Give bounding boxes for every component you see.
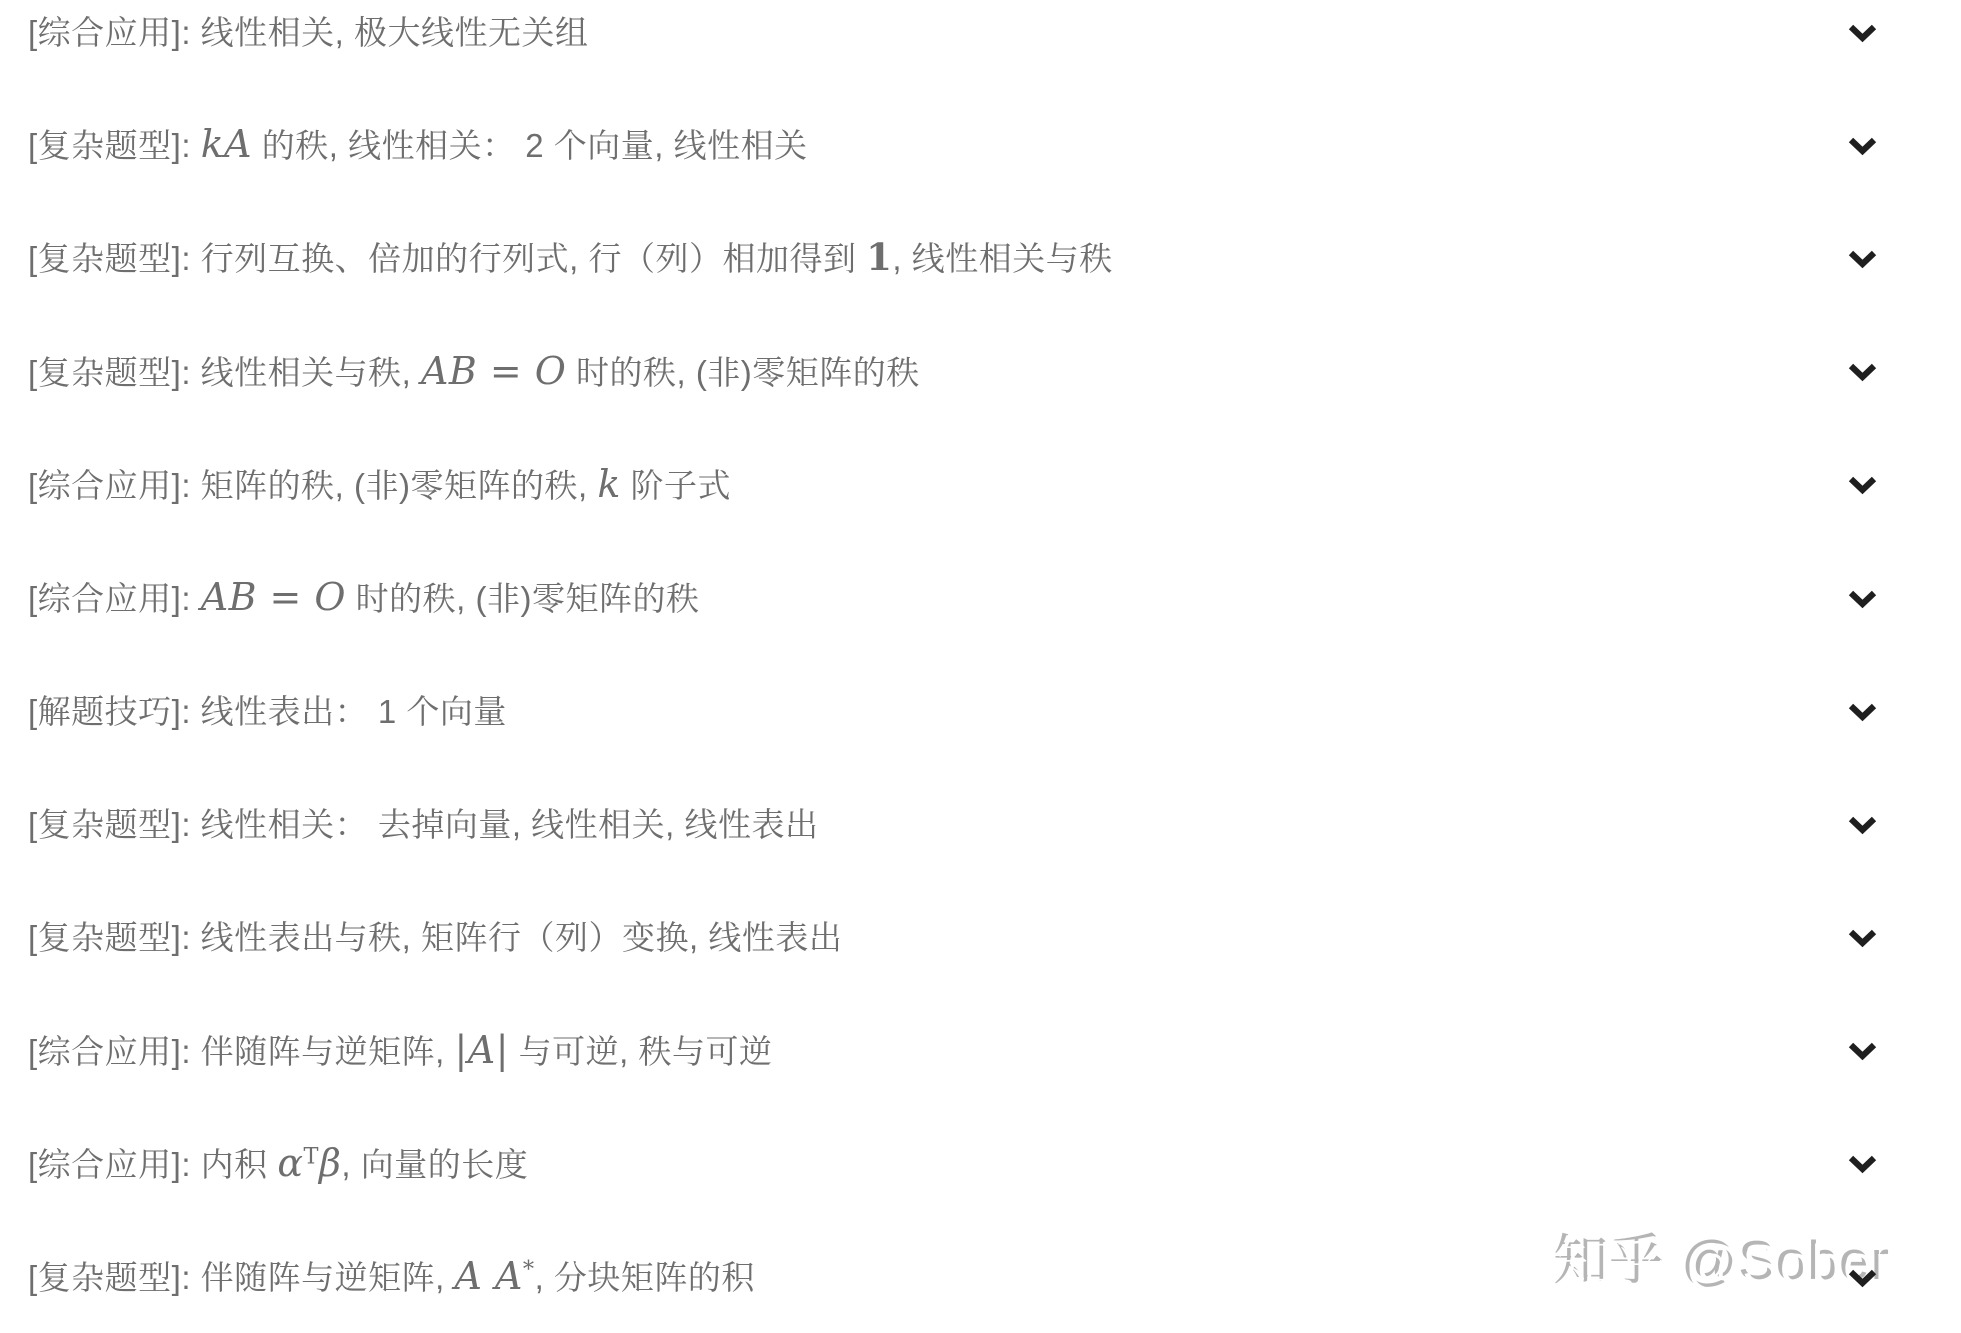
- list-item-text-segment: [复杂题型]: 伴随阵与逆矩阵,: [28, 1259, 455, 1296]
- list-item-text-segment: [综合应用]: 内积: [28, 1146, 277, 1183]
- list-item-text-segment: 时的秩, (非)零矩阵的秩: [346, 580, 699, 617]
- chevron-down-icon[interactable]: [1847, 1267, 1878, 1289]
- list-item-text-segment: [综合应用]: 伴随阵与逆矩阵,: [28, 1033, 455, 1070]
- list-item-text-segment: 的秩, 线性相关： 2 个向量, 线性相关: [252, 127, 808, 164]
- list-item-text-segment: [复杂题型]:: [28, 127, 201, 164]
- list-item-text-segment: 时的秩, (非)零矩阵的秩: [566, 354, 919, 391]
- list-item[interactable]: [复杂题型]: 线性相关： 去掉向量, 线性相关, 线性表出: [0, 768, 1961, 881]
- page: 知乎 @Sober [综合应用]: 线性相关, 极大线性无关组 [复杂题型]: …: [0, 0, 1961, 1333]
- list-item[interactable]: [复杂题型]: 行列互换、倍加的行列式, 行（列）相加得到 1, 线性相关与秩: [0, 202, 1961, 315]
- topic-list: [综合应用]: 线性相关, 极大线性无关组 [复杂题型]: kA 的秩, 线性相…: [0, 0, 1961, 1333]
- list-item-text-segment: [复杂题型]: 线性相关与秩,: [28, 354, 421, 391]
- list-item-label: [复杂题型]: kA 的秩, 线性相关： 2 个向量, 线性相关: [28, 125, 808, 166]
- list-item-text-segment: [复杂题型]: 线性表出与秩, 矩阵行（列）变换, 线性表出: [28, 919, 842, 956]
- list-item[interactable]: [解题技巧]: 线性表出： 1 个向量: [0, 655, 1961, 768]
- list-item-text-segment: , 分块矩阵的积: [535, 1259, 755, 1296]
- chevron-down-icon[interactable]: [1847, 22, 1878, 44]
- list-item-text-segment: 阶子式: [621, 467, 731, 504]
- chevron-down-icon[interactable]: [1847, 1153, 1878, 1175]
- list-item-text-segment: [综合应用]: 线性相关, 极大线性无关组: [28, 14, 589, 51]
- list-item-text-segment: 与可逆, 秩与可逆: [509, 1033, 773, 1070]
- list-item-text-segment: T: [303, 1144, 318, 1170]
- list-item[interactable]: [综合应用]: 矩阵的秩, (非)零矩阵的秩, k 阶子式: [0, 429, 1961, 542]
- list-item-label: [复杂题型]: 伴随阵与逆矩阵, A A*, 分块矩阵的积: [28, 1257, 755, 1298]
- list-item-label: [综合应用]: 线性相关, 极大线性无关组: [28, 12, 589, 53]
- list-item[interactable]: [综合应用]: 伴随阵与逆矩阵, |A| 与可逆, 秩与可逆: [0, 995, 1961, 1108]
- list-item[interactable]: [综合应用]: AB = O 时的秩, (非)零矩阵的秩: [0, 542, 1961, 655]
- chevron-down-icon[interactable]: [1847, 927, 1878, 949]
- list-item[interactable]: [复杂题型]: 伴随阵与逆矩阵, A A*, 分块矩阵的积: [0, 1221, 1961, 1333]
- list-item-text-segment: |A|: [455, 1028, 509, 1072]
- chevron-down-icon[interactable]: [1847, 248, 1878, 270]
- chevron-down-icon[interactable]: [1847, 361, 1878, 383]
- list-item-text-segment: AB = O: [421, 349, 566, 393]
- chevron-down-icon[interactable]: [1847, 135, 1878, 157]
- list-item-label: [复杂题型]: 线性相关： 去掉向量, 线性相关, 线性表出: [28, 804, 819, 845]
- list-item[interactable]: [综合应用]: 内积 αTβ, 向量的长度: [0, 1108, 1961, 1221]
- list-item-text-segment: , 线性相关与秩: [892, 240, 1112, 277]
- list-item[interactable]: [复杂题型]: kA 的秩, 线性相关： 2 个向量, 线性相关: [0, 89, 1961, 202]
- chevron-down-icon[interactable]: [1847, 1040, 1878, 1062]
- list-item-text-segment: [综合应用]: 矩阵的秩, (非)零矩阵的秩,: [28, 467, 597, 504]
- list-item-label: [综合应用]: 伴随阵与逆矩阵, |A| 与可逆, 秩与可逆: [28, 1031, 773, 1072]
- list-item-label: [复杂题型]: 线性相关与秩, AB = O 时的秩, (非)零矩阵的秩: [28, 352, 920, 393]
- list-item-text-segment: kA: [201, 122, 252, 166]
- list-item-text-segment: k: [597, 462, 621, 506]
- list-item-text-segment: [复杂题型]: 行列互换、倍加的行列式, 行（列）相加得到: [28, 240, 866, 277]
- list-item[interactable]: [综合应用]: 线性相关, 极大线性无关组: [0, 0, 1961, 89]
- chevron-down-icon[interactable]: [1847, 814, 1878, 836]
- chevron-down-icon[interactable]: [1847, 701, 1878, 723]
- list-item-text-segment: [复杂题型]: 线性相关： 去掉向量, 线性相关, 线性表出: [28, 806, 819, 843]
- list-item-label: [综合应用]: AB = O 时的秩, (非)零矩阵的秩: [28, 578, 699, 619]
- chevron-down-icon[interactable]: [1847, 474, 1878, 496]
- list-item-text-segment: AB = O: [201, 575, 346, 619]
- list-item-text-segment: , 向量的长度: [341, 1146, 528, 1183]
- list-item-label: [解题技巧]: 线性表出： 1 个向量: [28, 691, 507, 732]
- list-item-label: [复杂题型]: 线性表出与秩, 矩阵行（列）变换, 线性表出: [28, 917, 842, 958]
- list-item-text-segment: *: [523, 1257, 535, 1283]
- list-item-text-segment: β: [319, 1141, 341, 1185]
- list-item-label: [复杂题型]: 行列互换、倍加的行列式, 行（列）相加得到 1, 线性相关与秩: [28, 238, 1113, 279]
- list-item-text-segment: α: [277, 1141, 303, 1185]
- list-item-label: [综合应用]: 矩阵的秩, (非)零矩阵的秩, k 阶子式: [28, 465, 731, 506]
- list-item-text-segment: [综合应用]:: [28, 580, 201, 617]
- list-item-text-segment: A A: [455, 1254, 523, 1298]
- chevron-down-icon[interactable]: [1847, 588, 1878, 610]
- list-item[interactable]: [复杂题型]: 线性表出与秩, 矩阵行（列）变换, 线性表出: [0, 882, 1961, 995]
- list-item-text-segment: 1: [866, 235, 892, 279]
- list-item[interactable]: [复杂题型]: 线性相关与秩, AB = O 时的秩, (非)零矩阵的秩: [0, 316, 1961, 429]
- list-item-label: [综合应用]: 内积 αTβ, 向量的长度: [28, 1144, 528, 1185]
- list-item-text-segment: [解题技巧]: 线性表出： 1 个向量: [28, 693, 507, 730]
